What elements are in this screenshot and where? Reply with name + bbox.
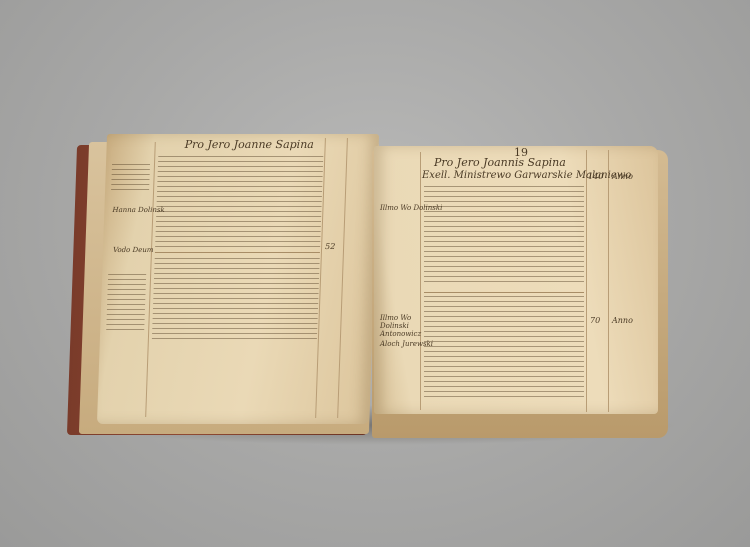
entry-divider bbox=[424, 292, 584, 293]
margin-note: Illmo Wo Dolinski Antonowicz bbox=[380, 314, 420, 338]
margin-note: Aloch Jurewski bbox=[380, 340, 433, 348]
margin-note: Hanna Dolinsk bbox=[112, 206, 165, 214]
handwritten-entry bbox=[424, 186, 584, 286]
margin-writing bbox=[106, 274, 146, 334]
column-rule bbox=[337, 138, 348, 418]
margin-writing bbox=[111, 164, 150, 190]
margin-rule bbox=[420, 152, 421, 410]
amount-note: Anno bbox=[612, 172, 633, 181]
amount: 70 bbox=[590, 316, 600, 325]
entry-divider bbox=[155, 252, 320, 253]
handwritten-entry bbox=[155, 156, 323, 248]
right-page-heading: Pro Jero Joannis Sapina bbox=[434, 156, 566, 169]
margin-note: Illmo Wo Dolinski bbox=[380, 204, 442, 212]
handwritten-entry bbox=[152, 258, 320, 342]
margin-note: Vodo Deum bbox=[113, 246, 154, 254]
column-rule bbox=[586, 150, 587, 412]
handwritten-entry bbox=[424, 296, 584, 400]
left-page-heading: Pro Jero Joanne Sapina bbox=[184, 138, 314, 151]
amount-note: Anno bbox=[612, 316, 633, 325]
column-rule bbox=[608, 150, 609, 412]
left-page: Pro Jero Joanne Sapina Hanna Dolinsk Vod… bbox=[97, 134, 379, 424]
amount: 140 bbox=[588, 172, 603, 181]
amount: 52 bbox=[325, 242, 336, 251]
right-page: 19 Pro Jero Joannis Sapina Exell. Minist… bbox=[374, 146, 658, 414]
